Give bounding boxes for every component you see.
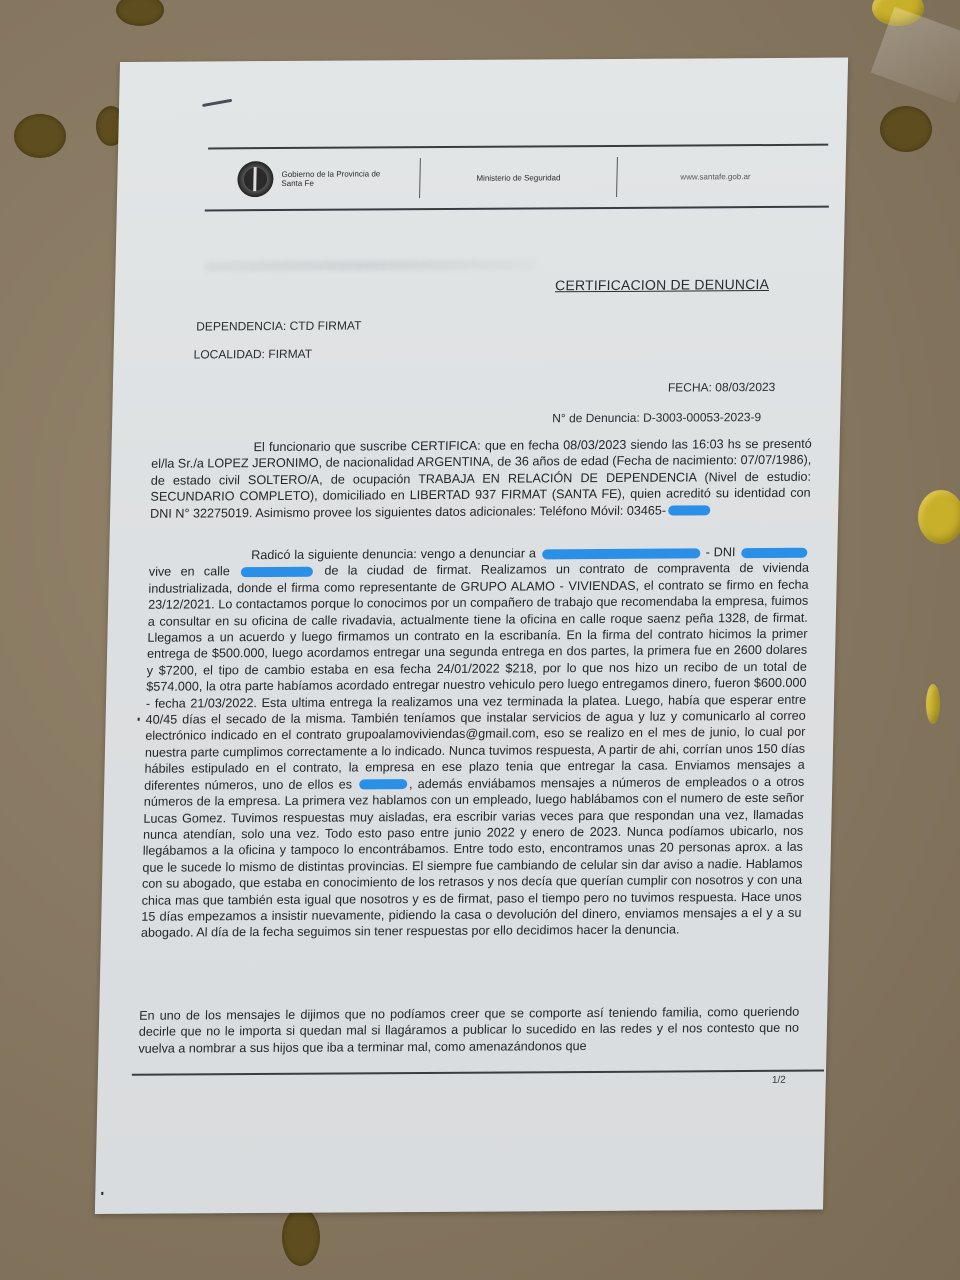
complaint-text: , además enviábamos mensajes a números d… <box>141 774 805 940</box>
localidad-field: LOCALIDAD: FIRMAT <box>193 347 312 362</box>
polka-dot <box>880 106 932 152</box>
divider <box>419 158 421 198</box>
complaint-text: Radicó la siguiente denuncia: vengo a de… <box>251 546 536 562</box>
letterhead: Gobierno de la Provincia de Santa Fe Min… <box>237 156 798 199</box>
divider <box>616 157 618 197</box>
redaction-mark <box>359 779 407 789</box>
ministry-name: Ministerio de Seguridad <box>438 173 598 183</box>
complaint-text: - DNI <box>706 545 736 559</box>
complaint-paragraph: Radicó la siguiente denuncia: vengo a de… <box>141 544 810 942</box>
document-page: Gobierno de la Provincia de Santa Fe Min… <box>95 58 848 1214</box>
fecha-field: FECHA: 08/03/2023 <box>668 380 776 395</box>
redaction-mark <box>741 547 807 557</box>
certification-text: El funcionario que suscribe CERTIFICA: q… <box>150 437 812 521</box>
faded-text <box>205 259 535 271</box>
document-title: CERTIFICACION DE DENUNCIA <box>555 276 769 293</box>
denuncia-number: N° de Denuncia: D-3003-00053-2023-9 <box>552 410 761 425</box>
redaction-mark <box>542 548 700 559</box>
complaint-text: vive en calle <box>149 565 230 579</box>
dependencia-field: DEPENDENCIA: CTD FIRMAT <box>196 318 361 333</box>
redaction-mark <box>668 506 710 516</box>
header-top-rule <box>208 144 828 150</box>
footer-rule <box>132 1070 824 1076</box>
final-paragraph: En uno de los mensajes le dijimos que no… <box>138 1004 799 1057</box>
header-bottom-rule <box>205 206 829 212</box>
complaint-text: de la ciudad de firmat. Realizamos un co… <box>144 561 809 792</box>
provincial-coat-of-arms-icon <box>237 161 274 197</box>
pen-mark <box>202 99 232 107</box>
speck <box>101 1192 103 1195</box>
speck <box>138 718 140 721</box>
polka-dot <box>116 0 164 26</box>
government-name: Gobierno de la Provincia de Santa Fe <box>281 169 401 188</box>
website: www.santafe.gob.ar <box>635 171 795 181</box>
certification-paragraph: El funcionario que suscribe CERTIFICA: q… <box>150 436 812 522</box>
polka-dot <box>918 490 960 544</box>
polka-dot <box>14 114 66 158</box>
polka-dot <box>926 684 940 724</box>
polka-dot <box>282 1208 320 1266</box>
redaction-mark <box>241 567 313 577</box>
page-number: 1/2 <box>772 1075 786 1086</box>
